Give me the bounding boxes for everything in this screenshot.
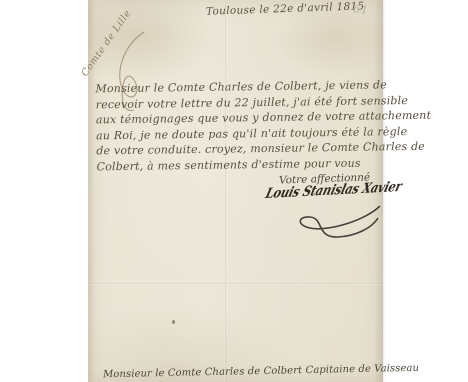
pencil-annotation: 61: [352, 2, 369, 17]
ink-blot: [172, 320, 175, 324]
address-line-handwriting: Monsieur le Comte Charles de Colbert Cap…: [103, 363, 419, 381]
signature-flourish: [288, 204, 384, 244]
letter-body-line: Colbert, à mes sentiments d'estime pour …: [96, 155, 431, 175]
letter-body: Monsieur le Comte Charles de Colbert, je…: [95, 77, 432, 175]
dateline-handwriting: Toulouse le 22e d'avril 1815: [206, 0, 365, 18]
horizontal-fold-crease: [88, 283, 383, 285]
letter-paper: Toulouse le 22e d'avril 1815 61 Comte de…: [88, 0, 383, 382]
vertical-fold-crease: [224, 0, 226, 382]
photo-background: Toulouse le 22e d'avril 1815 61 Comte de…: [0, 0, 468, 382]
